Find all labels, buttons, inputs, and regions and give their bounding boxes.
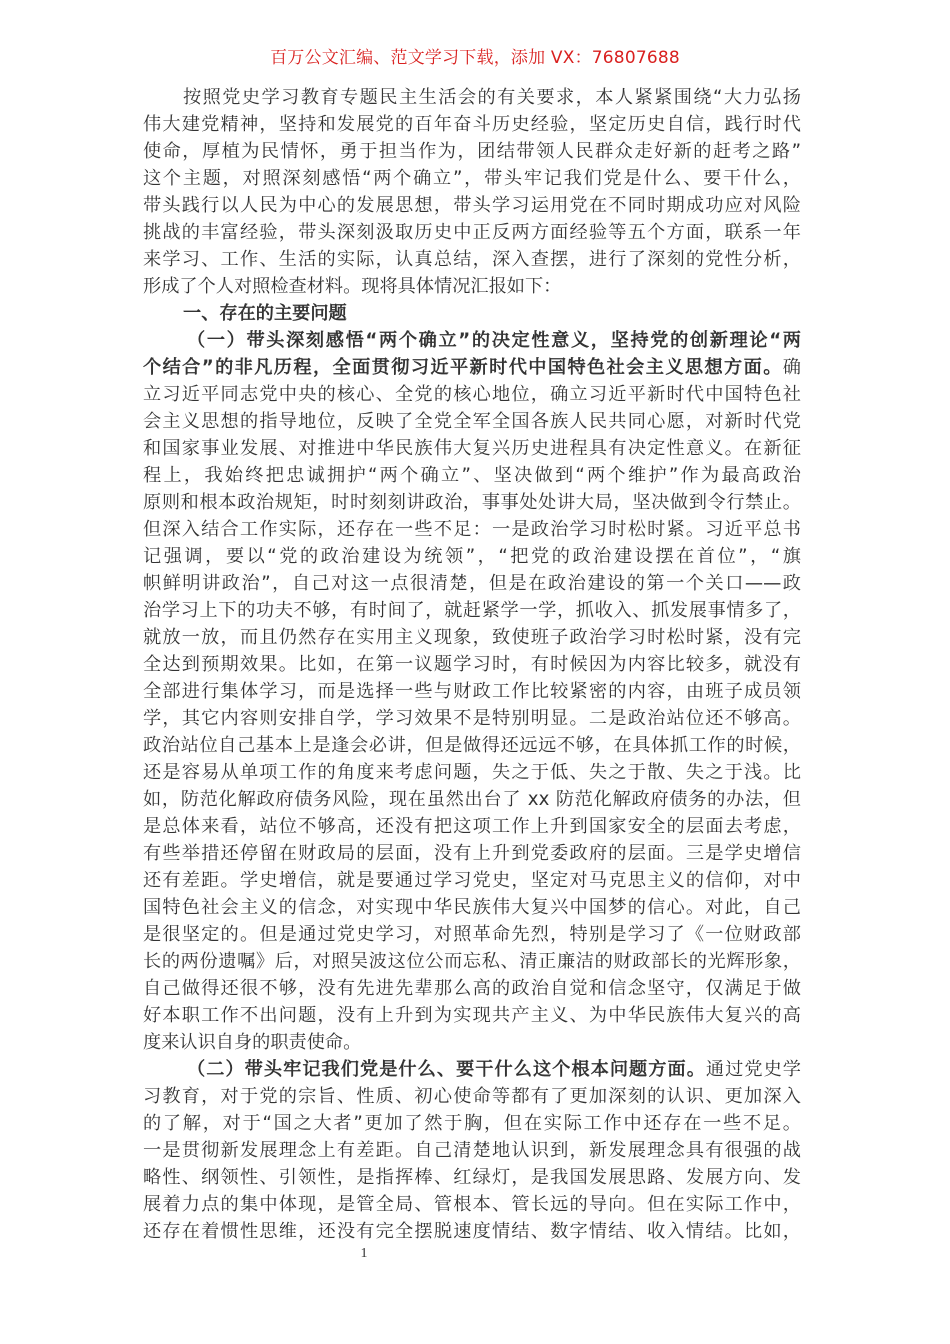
text-line: 还有差距。学史增信，就是要通过学习党史，坚定对马克思主义的信仰，对中 [143,867,801,894]
text-span: 通过党史学 [706,1059,801,1080]
text-line: 伟大建党精神，坚持和发展党的百年奋斗历史经验，坚定历史自信，践行时代 [143,111,801,138]
text-line: 挑战的丰富经验，带头深刻汲取历史中正反两方面经验等五个方面，联系一年 [143,219,801,246]
text-line: 展着力点的集中体现，是管全局、管根本、管长远的导向。但在实际工作中， [143,1191,801,1218]
text-line: 帜鲜明讲政治”，自己对这一点很清楚，但是在政治建设的第一个关口——政 [143,570,801,597]
text-line: 和国家事业发展、对推进中华民族伟大复兴历史进程具有决定性意义。在新征 [143,435,801,462]
subsection-2: （二）带头牢记我们党是什么、要干什么这个根本问题方面。通过党史学 习教育，对于党… [143,1056,801,1245]
text-line: 习教育，对于党的宗旨、性质、初心使命等都有了更加深刻的认识、更加深入 [143,1083,801,1110]
text-line: 按照党史学习教育专题民主生活会的有关要求，本人紧紧围绕“大力弘扬 [143,84,801,111]
text-line: 治学习上下的功夫不够，有时间了，就赶紧学一学，抓收入、抓发展事情多了， [143,597,801,624]
text-line: 带头践行以人民为中心的发展思想，带头学习运用党在不同时期成功应对风险 [143,192,801,219]
text-line: 这个主题，对照深刻感悟“两个确立”，带头牢记我们党是什么、要干什么， [143,165,801,192]
text-line: 是总体来看，站位不够高，还没有把这项工作上升到国家安全的层面去考虑， [143,813,801,840]
text-line: 如，防范化解政府债务风险，现在虽然出台了 xx 防范化解政府债务的办法，但 [143,786,801,813]
section-heading: 一、存在的主要问题 [143,300,801,327]
page-number: 1 [358,1246,370,1262]
text-line: 还是容易从单项工作的角度来考虑问题，失之于低、失之于散、失之于浅。比 [143,759,801,786]
text-line: 全达到预期效果。比如，在第一议题学习时，有时候因为内容比较多，就没有 [143,651,801,678]
text-line: 是很坚定的。但是通过党史学习，对照革命先烈，特别是学习了《一位财政部 [143,921,801,948]
text-line: 全部进行集体学习，而是选择一些与财政工作比较紧密的内容，由班子成员领 [143,678,801,705]
text-line: 度来认识自身的职责使命。 [143,1029,801,1056]
text-line: 政治站位自己基本上是逢会必讲，但是做得还远远不够，在具体抓工作的时候， [143,732,801,759]
text-line: 一是贯彻新发展理念上有差距。自己清楚地认识到，新发展理念具有很强的战 [143,1137,801,1164]
subsection-heading: （一）带头深刻感悟“两个确立”的决定性意义，坚持党的创新理论“两 [143,327,801,354]
text-line: 形成了个人对照检查材料。现将具体情况汇报如下： [143,273,801,300]
text-line: 但深入结合工作实际，还存在一些不足：一是政治学习时松时紧。习近平总书 [143,516,801,543]
text-line: 记强调，要以“党的政治建设为统领”，“把党的政治建设摆在首位”，“旗 [143,543,801,570]
text-line: 就放一放，而且仍然存在实用主义现象，致使班子政治学习时松时紧，没有完 [143,624,801,651]
text-line: 略性、纲领性、引领性，是指挥棒、红绿灯，是我国发展思路、发展方向、发 [143,1164,801,1191]
watermark-banner: 百万公文汇编、范文学习下载，添加 VX：76807688 [0,46,950,70]
text-line: 有些举措还停留在财政局的层面，没有上升到党委政府的层面。三是学史增信 [143,840,801,867]
text-line: 会主义思想的指导地位，反映了全党全军全国各族人民共同心愿，对新时代党 [143,408,801,435]
intro-paragraph: 按照党史学习教育专题民主生活会的有关要求，本人紧紧围绕“大力弘扬 伟大建党精神，… [143,84,801,300]
text-line: 来学习、工作、生活的实际，认真总结，深入查摆，进行了深刻的党性分析， [143,246,801,273]
subsection-1: （一）带头深刻感悟“两个确立”的决定性意义，坚持党的创新理论“两 个结合”的非凡… [143,327,801,1056]
subsection-heading-cont: 个结合”的非凡历程，全面贯彻习近平新时代中国特色社会主义思想方面。 [143,357,783,378]
subsection-heading: （二）带头牢记我们党是什么、要干什么这个根本问题方面。 [187,1059,706,1080]
text-line: 还存在着惯性思维，还没有完全摆脱速度情结、数字情结、收入情结。比如， [143,1218,801,1245]
text-line: 原则和根本政治规矩，时时刻刻讲政治，事事处处讲大局，坚决做到令行禁止。 [143,489,801,516]
text-line: （二）带头牢记我们党是什么、要干什么这个根本问题方面。通过党史学 [143,1056,801,1083]
text-line: 使命，厚植为民情怀，勇于担当作为，团结带领人民群众走好新的赶考之路” [143,138,801,165]
text-line: 好本职工作不出问题，没有上升到为实现共产主义、为中华民族伟大复兴的高 [143,1002,801,1029]
text-line: 长的两份遗嘱》后，对照吴波这位公而忘私、清正廉洁的财政部长的光辉形象， [143,948,801,975]
text-line: 个结合”的非凡历程，全面贯彻习近平新时代中国特色社会主义思想方面。确 [143,354,801,381]
text-line: 的了解，对于“国之大者”更加了然于胸，但在实际工作中还存在一些不足。 [143,1110,801,1137]
text-line: 国特色社会主义的信念，对实现中华民族伟大复兴中国梦的信心。对此，自己 [143,894,801,921]
document-page: 百万公文汇编、范文学习下载，添加 VX：76807688 按照党史学习教育专题民… [0,0,950,1344]
text-line: 立习近平同志党中央的核心、全党的核心地位，确立习近平新时代中国特色社 [143,381,801,408]
text-span: 确 [783,357,801,378]
text-line: 程上，我始终把忠诚拥护“两个确立”、坚决做到“两个维护”作为最高政治 [143,462,801,489]
text-line: 自己做得还很不够，没有先进先辈那么高的政治自觉和信念坚守，仅满足于做 [143,975,801,1002]
document-body: 按照党史学习教育专题民主生活会的有关要求，本人紧紧围绕“大力弘扬 伟大建党精神，… [143,84,801,1245]
text-line: 学，其它内容则安排自学，学习效果不是特别明显。二是政治站位还不够高。 [143,705,801,732]
